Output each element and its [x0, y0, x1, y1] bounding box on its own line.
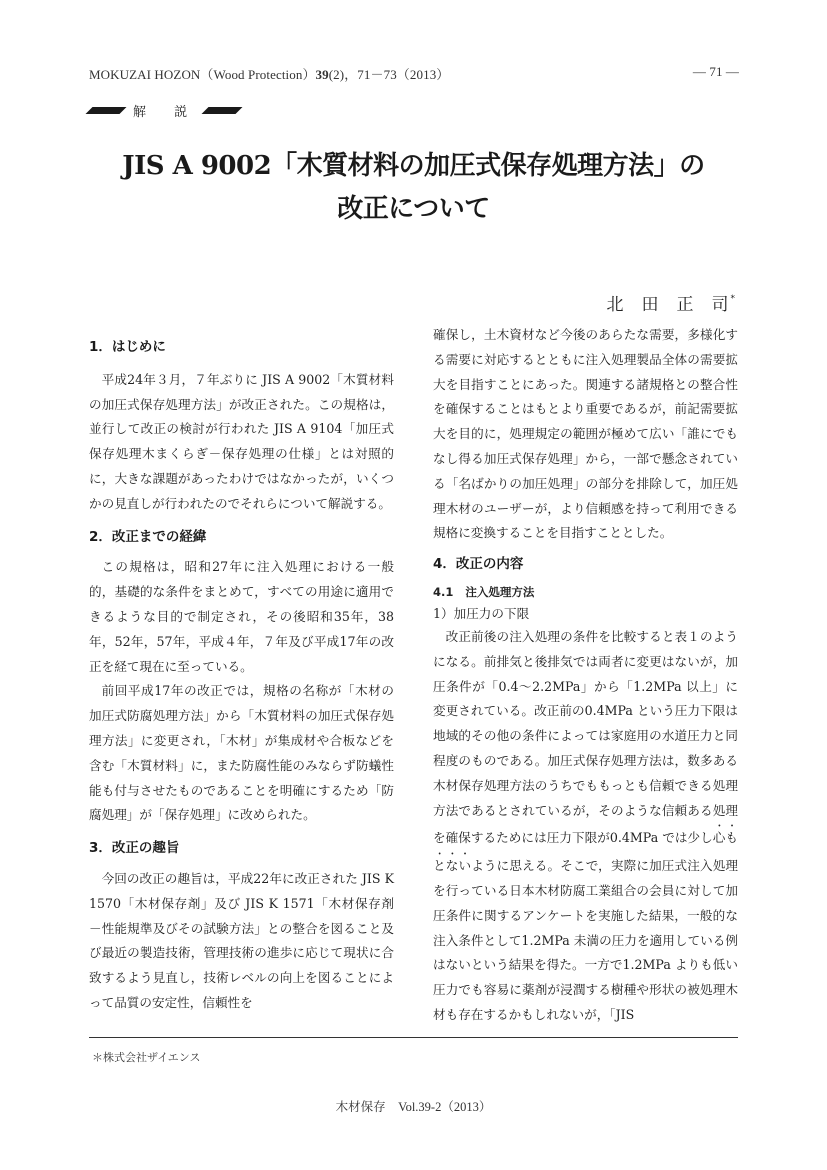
left-column: 1．はじめに 平成24年３月，７年ぶりに JIS A 9002「木質材料の加圧式… [89, 323, 394, 1016]
author-affiliation-mark: * [731, 294, 736, 304]
subsection-number: 4.1 [433, 585, 453, 599]
author-affiliation-footnote: ＊株式会社ザイエンス [92, 1049, 200, 1065]
paragraph-text-part-a: 改正前後の注入処理の条件を比較すると表１のようになる。前排気と後排気では両者に変… [433, 629, 738, 845]
section-heading-1: 1．はじめに [89, 335, 394, 360]
section-4-paragraph: 改正前後の注入処理の条件を比較すると表１のようになる。前排気と後排気では両者に変… [433, 625, 738, 1028]
page-footer: 木材保存 Vol.39-2（2013） [0, 1097, 827, 1115]
right-bar-icon [202, 107, 243, 114]
section-3-continuation: 確保し，土木資材など今後のあらたな需要，多様化する需要に対応するとともに注入処理… [433, 323, 738, 546]
journal-volume: 39 [316, 67, 329, 82]
title-line-2: 改正について [60, 188, 767, 231]
section-3-paragraph: 今回の改正の趣旨は，平成22年に改正された JIS K 1570「木材保存剤」及… [89, 867, 394, 1016]
author: 北田正司* [607, 290, 736, 315]
journal-name: MOKUZAI HOZON（Wood Protection） [89, 67, 316, 82]
left-bar-icon [86, 107, 127, 114]
article-title: JIS A 9002「木質材料の加圧式保存処理方法」の 改正について [60, 145, 767, 231]
paragraph-text-part-b: ように思える。そこで，実際に加圧式注入処理を行っている日本木材防腐工業組合の会員… [433, 858, 738, 1022]
section-heading-4: 4．改正の内容 [433, 552, 738, 577]
journal-issue-pages: (2)，71－73（2013） [329, 67, 450, 82]
section-2-paragraph-2: 前回平成17年の改正では，規格の名称が「木材の加圧式防腐処理方法」から「木質材料… [89, 679, 394, 828]
section-2-paragraph-1: この規格は，昭和27年に注入処理における一般的，基礎的な条件をまとめて，すべての… [89, 555, 394, 679]
right-column: 確保し，土木資材など今後のあらたな需要，多様化する需要に対応するとともに注入処理… [433, 323, 738, 1028]
journal-citation: MOKUZAI HOZON（Wood Protection）39(2)，71－7… [89, 64, 449, 83]
subsection-title: 注入処理方法 [465, 585, 534, 599]
section-heading-2: 2．改正までの経緯 [89, 525, 394, 550]
article-type-label: 解 説 [133, 101, 199, 120]
article-type-tag: 解 説 [89, 100, 239, 120]
section-1-paragraph: 平成24年３月，７年ぶりに JIS A 9002「木質材料の加圧式保存処理方法」… [89, 368, 394, 517]
running-header: MOKUZAI HOZON（Wood Protection）39(2)，71－7… [89, 64, 739, 84]
item-heading-pressure-lower-limit: 1）加圧力の下限 [433, 603, 738, 625]
footnote-divider [89, 1037, 738, 1038]
title-line-1: JIS A 9002「木質材料の加圧式保存処理方法」の [60, 145, 767, 188]
page-number: — 71 — [693, 64, 739, 80]
section-heading-3: 3．改正の趣旨 [89, 836, 394, 861]
subsection-heading-4-1: 4.1注入処理方法 [433, 581, 738, 603]
author-name: 北田正司 [607, 295, 747, 315]
